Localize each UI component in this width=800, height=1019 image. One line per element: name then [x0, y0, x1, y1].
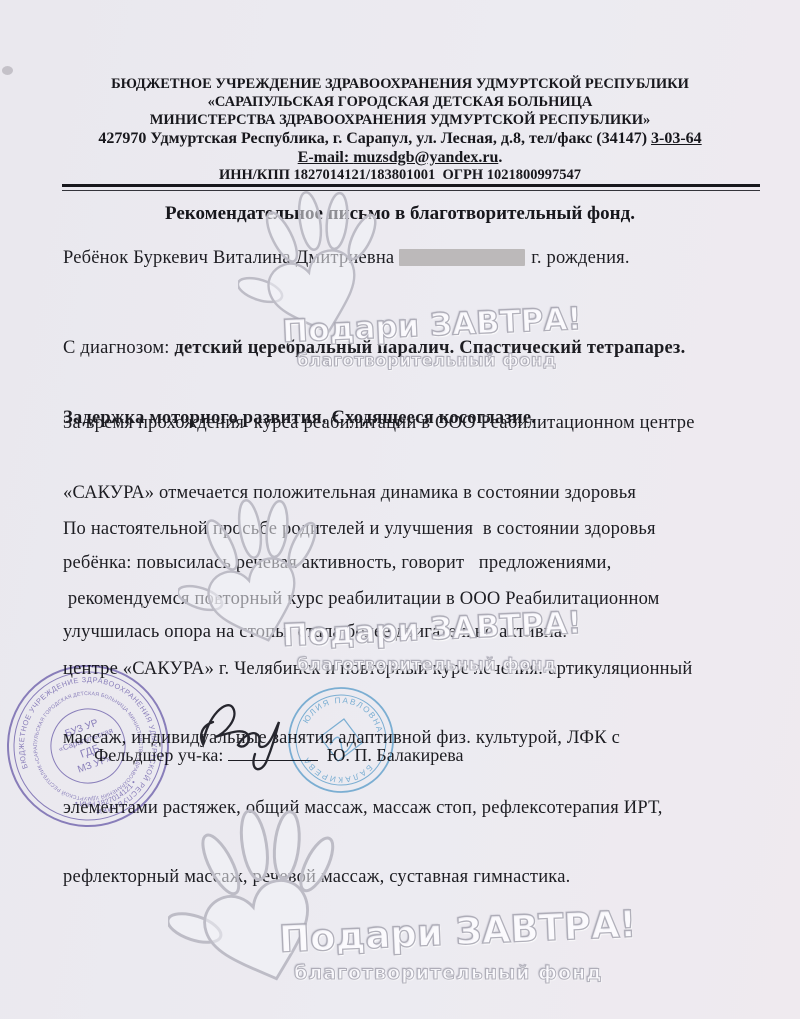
- header-divider: [62, 184, 760, 191]
- birth-suffix-text: г. рождения.: [531, 248, 630, 268]
- address-text: 427970 Удмуртская Республика, г. Сарапул…: [98, 130, 651, 147]
- org-address-line: 427970 Удмуртская Республика, г. Сарапул…: [0, 130, 800, 148]
- letter-title: Рекомендательное письмо в благотворитель…: [0, 203, 800, 225]
- redacted-birthdate-box: [399, 249, 525, 266]
- stamp-name-top-text: ЮЛИЯ ПАВЛОВНА: [301, 691, 389, 736]
- org-name-line3: МИНИСТЕРСТВА ЗДРАВООХРАНЕНИЯ УДМУРТСКОЙ …: [0, 112, 800, 129]
- scanned-letter-page: Подари ЗАВТРА! благотворительный фонд По…: [0, 0, 800, 1019]
- email-label: E-mail:: [298, 149, 354, 166]
- org-requisites: ИНН/КПП 1827014121/183801001 ОГРН 102180…: [0, 167, 800, 184]
- child-info-line: Ребёнок Буркевич Виталина Дмитриевна г. …: [63, 247, 630, 270]
- recommend-line: центре «САКУРА» г. Челябинск и повторный…: [63, 658, 693, 681]
- recommend-line: По настоятельной просьбе родителей и улу…: [63, 518, 693, 541]
- phone-number: 3-03-64: [651, 130, 702, 147]
- paramedic-round-stamp: ЮЛИЯ ПАВЛОВНА БАЛАКИРЕВА: [278, 677, 404, 803]
- email-address: muzsdgb@yandex.ru: [353, 149, 498, 166]
- child-name-text: Ребёнок Буркевич Виталина Дмитриевна: [63, 248, 399, 268]
- email-period: .: [498, 149, 502, 166]
- recommend-line: рефлекторный массаж, речевой массаж, сус…: [63, 866, 693, 889]
- org-email-line: E-mail: muzsdgb@yandex.ru.: [0, 149, 800, 167]
- recommend-line: рекомендуемся повторный курс реабилитаци…: [63, 588, 693, 611]
- letter-content: БЮДЖЕТНОЕ УЧРЕЖДЕНИЕ ЗДРАВООХРАНЕНИЯ УДМ…: [0, 0, 800, 1019]
- rehab-line: За время прохождения курса реабилитации …: [63, 412, 695, 435]
- diagnosis-line1: С диагнозом: детский церебральный парали…: [63, 337, 685, 360]
- svg-text:ЮЛИЯ ПАВЛОВНА: ЮЛИЯ ПАВЛОВНА: [301, 691, 389, 736]
- org-name-line2: «САРАПУЛЬСКАЯ ГОРОДСКАЯ ДЕТСКАЯ БОЛЬНИЦА: [0, 94, 800, 111]
- diagnosis-label: С диагнозом:: [63, 338, 174, 358]
- org-name-line1: БЮДЖЕТНОЕ УЧРЕЖДЕНИЕ ЗДРАВООХРАНЕНИЯ УДМ…: [0, 76, 800, 93]
- diagnosis-bold-part1: детский церебральный паралич. Спастическ…: [174, 338, 685, 358]
